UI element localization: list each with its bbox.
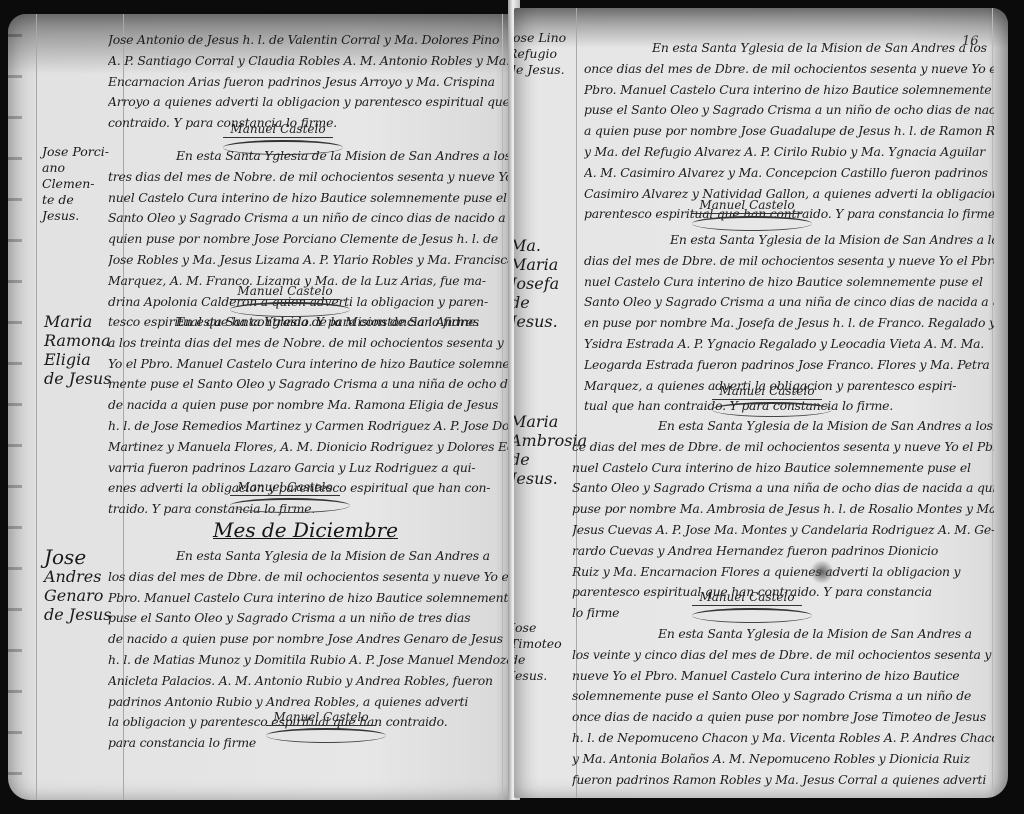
margin-baptism-name: Jose Porci- ano Clemen- te de Jesus. (42, 144, 114, 224)
margin-line: Jesus. (514, 668, 576, 684)
margin-baptism-name: Maria Ambrosia de Jesus. (514, 412, 576, 488)
margin-line: Ambrosia (514, 431, 576, 450)
right-page: 16 Jose Lino Refugio de Jesus. En esta S… (514, 8, 1008, 798)
entry-line: y Ma. del Refugio Alvarez A. P. Cirilo R… (584, 142, 994, 163)
entry-line: quien puse por nombre Jose Porciano Clem… (108, 229, 508, 250)
entry-line: mente puse el Santo Oleo y Sagrado Crism… (108, 374, 508, 395)
margin-line: de Jesus (44, 605, 114, 624)
entry-line: dias del mes de Dbre. de mil ochocientos… (584, 251, 994, 272)
entry-line: En esta Santa Yglesia de la Mision de Sa… (572, 624, 994, 645)
margin-rule (36, 14, 37, 800)
entry-line: de nacida a quien puse por nombre Ma. Ra… (108, 395, 508, 416)
left-page: Jose Antonio de Jesus h. l. de Valentin … (8, 14, 516, 800)
signature-name: Manuel Castelo (223, 122, 333, 138)
margin-line: Timoteo de (514, 636, 576, 668)
signature-name: Manuel Castelo (692, 198, 802, 214)
entry-line: Santo Oleo y Sagrado Crisma a un niño de… (108, 208, 508, 229)
entry-line: h. l. de Matias Munoz y Domitila Rubio A… (108, 650, 508, 671)
entry-line: de nacido a quien puse por nombre Jose A… (108, 629, 508, 650)
month-heading: Mes de Diciembre (213, 518, 398, 542)
entry-line: Martinez y Manuela Flores, A. M. Dionici… (108, 437, 508, 458)
signature: Manuel Castelo (230, 480, 340, 513)
entry-line: los veinte y cinco dias del mes de Dbre.… (572, 645, 994, 666)
signature: Manuel Castelo (692, 198, 802, 231)
page-edge-wear (8, 14, 22, 800)
entry-line: En esta Santa Yglesia de la Mision de Sa… (584, 230, 994, 251)
entry-line: nuel Castelo Cura interino de hizo Bauti… (584, 272, 994, 293)
entry-line: once dias de nacido a quien puse por nom… (572, 707, 994, 728)
entry-line: solemnemente puse el Santo Oleo y Sagrad… (572, 686, 994, 707)
entry-line: h. l. de Nepomuceno Chacon y Ma. Vicenta… (572, 728, 994, 749)
entry-line: A. P. Santiago Corral y Claudia Robles A… (108, 51, 508, 72)
margin-baptism-name: Ma. Maria Josefa de Jesus. (514, 236, 576, 331)
entry-line: Arroyo a quienes adverti la obligacion y… (108, 92, 508, 113)
signature-flourish (266, 728, 386, 743)
entry-line: Ruiz y Ma. Encarnacion Flores a quienes … (572, 562, 994, 583)
margin-baptism-name: Jose Andres Genaro de Jesus (44, 548, 114, 624)
margin-line: Genaro (44, 586, 114, 605)
margin-baptism-name: Jose Timoteo de Jesus. (514, 620, 576, 684)
margin-line: de Jesus (44, 369, 114, 388)
margin-line: de Jesus. (514, 293, 576, 331)
margin-line: Andres (44, 567, 114, 586)
entry-line: y Ma. Antonia Bolaños A. M. Nepomuceno R… (572, 749, 994, 770)
margin-line: Jose (44, 548, 114, 567)
entry-line: En esta Santa Yglesia de la Mision de Sa… (572, 416, 994, 437)
register-entry: Jose Antonio de Jesus h. l. de Valentin … (108, 30, 508, 134)
entry-line: h. l. de Jose Remedios Martinez y Carmen… (108, 416, 508, 437)
signature-name: Manuel Castelo (712, 384, 822, 400)
signature-name: Manuel Castelo (230, 480, 340, 496)
entry-line: nuel Castelo Cura interino de hizo Bauti… (572, 458, 994, 479)
margin-baptism-name: Maria Ramona Eligia de Jesus (44, 312, 114, 388)
margin-line: Jesus. (42, 208, 114, 224)
margin-line: de Jesus. (514, 450, 576, 488)
margin-line: ano Clemen- (42, 160, 114, 192)
signature: Manuel Castelo (712, 384, 822, 417)
margin-line: Maria (44, 312, 114, 331)
signature: Manuel Castelo (266, 710, 376, 743)
entry-line: ce dias del mes de Dbre. de mil ochocien… (572, 437, 994, 458)
entry-line: fueron padrinos Ramon Robles y Ma. Jesus… (572, 770, 994, 791)
entry-line: tres dias del mes de Nobre. de mil ochoc… (108, 167, 508, 188)
entry-line: rardo Cuevas y Andrea Hernandez fueron p… (572, 541, 994, 562)
register-entry: En esta Santa Yglesia de la Mision de Sa… (572, 624, 994, 790)
margin-line: Refugio (514, 46, 574, 62)
entry-line: puse el Santo Oleo y Sagrado Crisma a un… (108, 608, 508, 629)
entry-line: En esta Santa Yglesia de la Mision de Sa… (108, 546, 508, 567)
entry-line: Santo Oleo y Sagrado Crisma a una niña d… (572, 478, 994, 499)
margin-line: Josefa (514, 274, 576, 293)
signature-name: Manuel Castelo (266, 710, 376, 726)
entry-line: Yo el Pbro. Manuel Castelo Cura interino… (108, 354, 508, 375)
signature-flourish (692, 608, 812, 623)
entry-line: En esta Santa Yglesia de la Mision de Sa… (108, 146, 508, 167)
margin-line: Ma. Maria (514, 236, 576, 274)
entry-line: Leogarda Estrada fueron padrinos Jose Fr… (584, 355, 994, 376)
signature-flourish (712, 402, 832, 417)
signature: Manuel Castelo (692, 590, 802, 623)
entry-line: en puse por nombre Ma. Josefa de Jesus h… (584, 313, 994, 334)
margin-line: te de (42, 192, 114, 208)
margin-line: Eligia (44, 350, 114, 369)
entry-line: nuel Castelo Cura interino de hizo Bauti… (108, 188, 508, 209)
margin-line: Maria (514, 412, 576, 431)
entry-line: Pbro. Manuel Castelo Cura interino de hi… (584, 80, 994, 101)
entry-line: Jose Antonio de Jesus h. l. de Valentin … (108, 30, 508, 51)
entry-line: Santo Oleo y Sagrado Crisma a una niña d… (584, 292, 994, 313)
entry-line: puse el Santo Oleo y Sagrado Crisma a un… (584, 100, 994, 121)
entry-line: Pbro. Manuel Castelo Cura interino de hi… (108, 588, 508, 609)
entry-line: Jose Robles y Ma. Jesus Lizama A. P. Yla… (108, 250, 508, 271)
ink-stain (810, 560, 834, 584)
entry-line: Ysidra Estrada A. P. Ygnacio Regalado y … (584, 334, 994, 355)
entry-line: Jesus Cuevas A. P. Jose Ma. Montes y Can… (572, 520, 994, 541)
signature-flourish (230, 498, 350, 513)
signature-name: Manuel Castelo (692, 590, 802, 606)
entry-line: los dias del mes de Dbre. de mil ochocie… (108, 567, 508, 588)
entry-line: nueve Yo el Pbro. Manuel Castelo Cura in… (572, 666, 994, 687)
entry-line: En esta Santa Yglesia de la Mision de Sa… (584, 38, 994, 59)
scanned-register-spread: Jose Antonio de Jesus h. l. de Valentin … (0, 0, 1024, 814)
entry-line: Anicleta Palacios. A. M. Antonio Rubio y… (108, 671, 508, 692)
margin-line: Jose Porci- (42, 144, 114, 160)
entry-line: varria fueron padrinos Lazaro Garcia y L… (108, 458, 508, 479)
entry-line: A. M. Casimiro Alvarez y Ma. Concepcion … (584, 163, 994, 184)
margin-line: de Jesus. (514, 62, 574, 78)
entry-line: a quien puse por nombre Jose Guadalupe d… (584, 121, 994, 142)
entry-line: puse por nombre Ma. Ambrosia de Jesus h.… (572, 499, 994, 520)
signature-name: Manuel Castelo (230, 284, 340, 300)
signature-flourish (692, 216, 812, 231)
entry-line: once dias del mes de Dbre. de mil ochoci… (584, 59, 994, 80)
margin-line: Jose Lino (514, 30, 574, 46)
entry-line: En esta Santa Yglesia de la Mision de Sa… (108, 312, 508, 333)
entry-line: Encarnacion Arias fueron padrinos Jesus … (108, 72, 508, 93)
margin-baptism-name: Jose Lino Refugio de Jesus. (514, 30, 574, 78)
margin-line: Ramona (44, 331, 114, 350)
entry-line: a los treinta dias del mes de Nobre. de … (108, 333, 508, 354)
margin-line: Jose (514, 620, 576, 636)
